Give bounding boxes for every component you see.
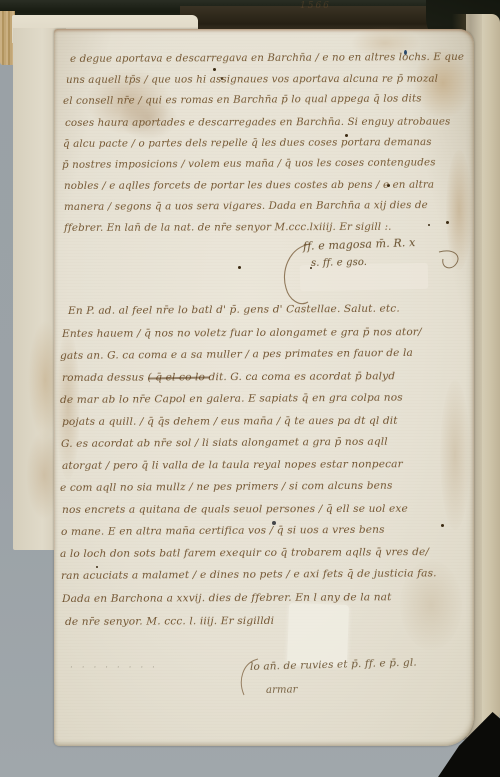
letter1-text-line: e degue aportava e descarregava en Barch… — [70, 52, 464, 64]
letter1-text-line: q̄ alcu pacte / o partes dels repelle q̄… — [63, 137, 432, 149]
letter1-text-line: uns aquell tp̄s / que uos hi assignaues … — [66, 74, 438, 86]
letter2-text-line: En P. ad. al feel nr̄e lo batl d' p̄. ge… — [68, 304, 400, 317]
letter2-text-line: e com aqll no sia mullz / ne pes primers… — [60, 481, 393, 494]
letter2-text-line: ran acuciats a malamet / e dines no pets… — [61, 568, 437, 581]
letter1-text-line: el consell nr̄e / qui es romas en Barchn… — [63, 93, 422, 106]
pen-flourish — [436, 246, 466, 276]
letter2-text-line: a lo loch don sots batl farem exequir co… — [60, 547, 429, 560]
letter1-text-line: coses haura aportades e descarregades en… — [65, 117, 451, 129]
letter1-text-line: nobles / e aqlles forcets de portar les … — [64, 180, 434, 192]
letter1-text-line: manera / segons q̄ a uos sera vigares. D… — [64, 200, 428, 212]
letter2-text-line: de nr̄e senyor. M. ccc. l. iiij. Er sigi… — [65, 616, 274, 628]
manuscript-photo: 1566 e degue aportava e descarregava en … — [0, 0, 500, 777]
letter2-text-line: romada dessus ( q̄ el co lo dit. G. ca c… — [62, 371, 395, 383]
letter2-text-line: G. es acordat ab nr̄e sol / li siats alo… — [61, 437, 388, 450]
pencil-note: · · · · · · · · — [70, 664, 158, 673]
registry-note-word: armar — [266, 685, 298, 696]
letter2-text-line: Dada en Barchona a xxvij. dies de ffebre… — [62, 592, 392, 604]
letter2-text-line: Entes hauem / q̄ nos no voletz fuar lo a… — [62, 327, 422, 339]
letter2-text-line: nos encrets a quitana de quals seuol per… — [62, 504, 408, 516]
letter2-text-line: o mane. E en altra man̄a certifica vos /… — [61, 525, 385, 538]
letter1-text-line: ffebrer. En lan̄ de la nat. de nr̄e seny… — [64, 222, 392, 233]
letter2-text-line: atorgat / pero q̄ li valla de la taula r… — [62, 459, 403, 471]
chancery-mark-secondary: s. ff. e gso. — [311, 258, 367, 269]
letter2-text-line: pojats a quill. / q̄ q̄s dehem / eus man… — [62, 416, 398, 428]
binding-scratch-mark: 1566 — [300, 2, 331, 11]
letter1-text-line: p̄ nostres imposicions / volem eus man̄a… — [62, 157, 436, 170]
letter2-text-line: de mar ab lo nr̄e Capol en galera. E sap… — [60, 393, 403, 406]
